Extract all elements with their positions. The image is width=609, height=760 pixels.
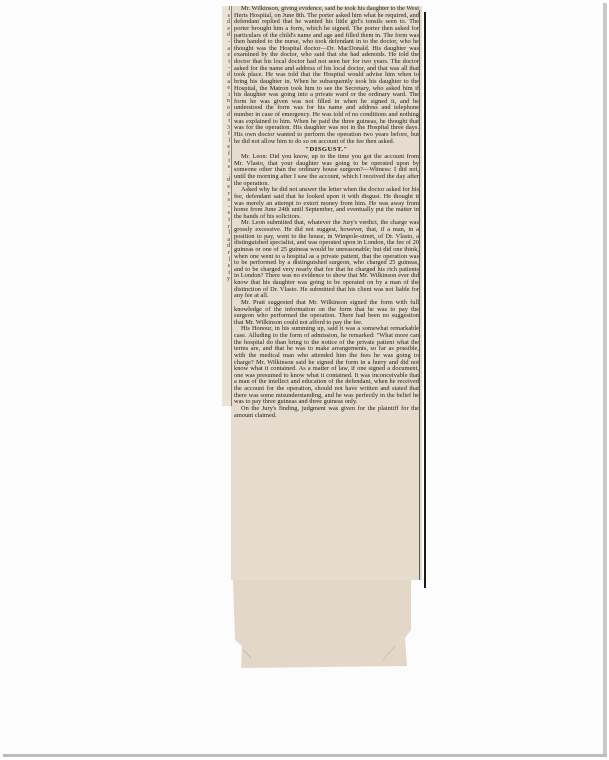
page-shadow-right: [603, 4, 607, 756]
margin-fragment: a: [222, 79, 231, 86]
margin-fragment: d: [222, 32, 231, 39]
margin-fragment: t: [222, 92, 231, 99]
column-rule-heavy: [424, 12, 426, 588]
article-subheading: "DISGUST.": [234, 146, 419, 153]
margin-fragment: r: [222, 224, 231, 231]
margin-fragment: d: [222, 72, 231, 79]
margin-fragment: a: [222, 237, 231, 244]
margin-fragment: s: [222, 164, 231, 171]
margin-fragment: l: [222, 138, 231, 145]
margin-fragment: e: [222, 52, 231, 59]
article-paragraph: Mr. Pratt suggested that Mr. Wilkinson s…: [234, 300, 419, 327]
article-paragraph: Mr. Wilkinson, giving evidence, said he …: [234, 6, 419, 145]
margin-fragment: d: [222, 112, 231, 119]
margin-fragment: d: [222, 19, 231, 26]
margin-fragment: t: [222, 217, 231, 224]
article-paragraph: His Honour, in his summing up, said it w…: [234, 326, 419, 406]
margin-fragment: t: [222, 270, 231, 277]
margin-fragment: a: [222, 46, 231, 53]
margin-fragment: d: [222, 243, 231, 250]
margin-fragment: f: [222, 151, 231, 158]
margin-fragment: s: [222, 210, 231, 217]
margin-fragment: e: [222, 184, 231, 191]
page-shadow-bottom: [6, 754, 607, 757]
margin-fragment: s: [222, 13, 231, 20]
margin-fragment: t: [222, 118, 231, 125]
article-paragraph: Mr. Leon submitted that, whatever the Ju…: [234, 220, 419, 300]
margin-fragment: o: [222, 105, 231, 112]
margin-fragment: s: [222, 263, 231, 270]
newspaper-clipping: lsded-aet-daetnodt3flefts.ders-strladrls…: [231, 6, 422, 580]
margin-fragment: r: [222, 250, 231, 257]
margin-fragment: s: [222, 197, 231, 204]
article-paragraph: Mr. Leon: Did you know, up to the time y…: [234, 154, 419, 187]
margin-fragment: .: [222, 171, 231, 178]
article-paragraph: Asked why he did not answer the letter w…: [234, 187, 419, 220]
margin-fragment: y: [222, 276, 231, 283]
clipping-torn-bottom: [233, 580, 411, 668]
margin-fragment: d: [222, 177, 231, 184]
margin-fragment: r: [222, 191, 231, 198]
margin-fragment: n: [222, 98, 231, 105]
adjacent-column-fragment: lsded-aet-daetnodt3flefts.ders-strladrls…: [222, 6, 232, 406]
article-body: Mr. Wilkinson, giving evidence, said he …: [234, 6, 419, 419]
margin-fragment: -: [222, 204, 231, 211]
margin-fragment: -: [222, 39, 231, 46]
margin-fragment: f: [222, 131, 231, 138]
margin-fragment: t: [222, 158, 231, 165]
margin-fragment: e: [222, 26, 231, 33]
margin-fragment: l: [222, 6, 231, 13]
column-rule: [419, 10, 420, 580]
margin-fragment: e: [222, 85, 231, 92]
margin-fragment: l: [222, 230, 231, 237]
article-paragraph: On the Jury's finding, judgment was give…: [234, 406, 419, 419]
margin-fragment: t: [222, 59, 231, 66]
margin-fragment: l: [222, 257, 231, 264]
margin-fragment: -: [222, 65, 231, 72]
